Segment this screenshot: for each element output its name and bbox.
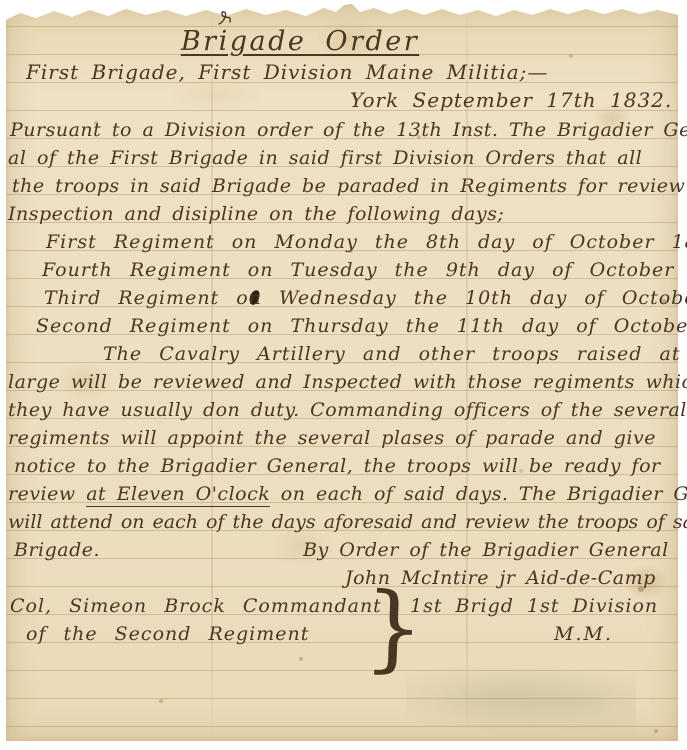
schedule-line: Third Regiment on Wednesday the 10th day… — [8, 284, 673, 312]
body-line: they have usually don duty. Commanding o… — [8, 396, 673, 424]
body-line: al of the First Brigade in said first Di… — [8, 144, 673, 172]
scan-background: Brigade Order First Brigade, First Divis… — [0, 0, 687, 750]
clock-line: review at Eleven O'clock on each of said… — [8, 480, 673, 508]
addressee-line-1: Col, Simeon Brock Commandant — [8, 595, 382, 617]
body-line: Pursuant to a Division order of the 13th… — [8, 116, 673, 144]
addressee-line-2: of the Second Regiment — [8, 623, 309, 645]
underlined-phrase: at Eleven O'clock — [86, 483, 270, 507]
body-line: large will be reviewed and Inspected wit… — [8, 368, 673, 396]
militia-initials: M.M. — [554, 620, 613, 648]
unit-line: 1st Brigd 1st Division — [410, 592, 658, 620]
signature-line: John McIntire jr Aid-de-Camp — [8, 564, 673, 592]
schedule-line: Second Regiment on Thursday the 11th day… — [8, 312, 673, 340]
addressee-row-1: Col, Simeon Brock Commandant 1st Brigd 1… — [8, 592, 673, 620]
document-title: Brigade Order — [0, 26, 600, 57]
body-line: The Cavalry Artillery and other troops r… — [8, 340, 673, 368]
clock-line-pre: review — [8, 483, 86, 505]
dateline: York September 17th 1832. — [350, 88, 672, 112]
body-line: Inspection and disipline on the followin… — [8, 200, 673, 228]
addressee-row-2: of the Second Regiment M.M. — [8, 620, 673, 648]
closing-row: Brigade. By Order of the Brigadier Gener… — [8, 536, 673, 564]
by-order-line: By Order of the Brigadier General — [303, 536, 669, 564]
body-line: regiments will appoint the several plase… — [8, 424, 673, 452]
schedule-line: Fourth Regiment on Tuesday the 9th day o… — [8, 256, 673, 284]
schedule-line: First Regiment on Monday the 8th day of … — [8, 228, 673, 256]
body-line: will attend on each of the days aforesai… — [8, 508, 673, 536]
heading-line: First Brigade, First Division Maine Mili… — [26, 60, 548, 84]
clock-line-post: on each of said days. The Brigadier Gene… — [270, 483, 687, 505]
ink-bleedthrough-smudge — [406, 659, 636, 734]
brace-flourish: } — [362, 581, 426, 677]
closing-word: Brigade. — [8, 539, 100, 561]
body-text: Pursuant to a Division order of the 13th… — [8, 116, 673, 648]
foxing-specks — [6, 4, 8, 6]
body-line: the troops in said Brigade be paraded in… — [8, 172, 673, 200]
body-line: notice to the Brigadier General, the tro… — [8, 452, 673, 480]
